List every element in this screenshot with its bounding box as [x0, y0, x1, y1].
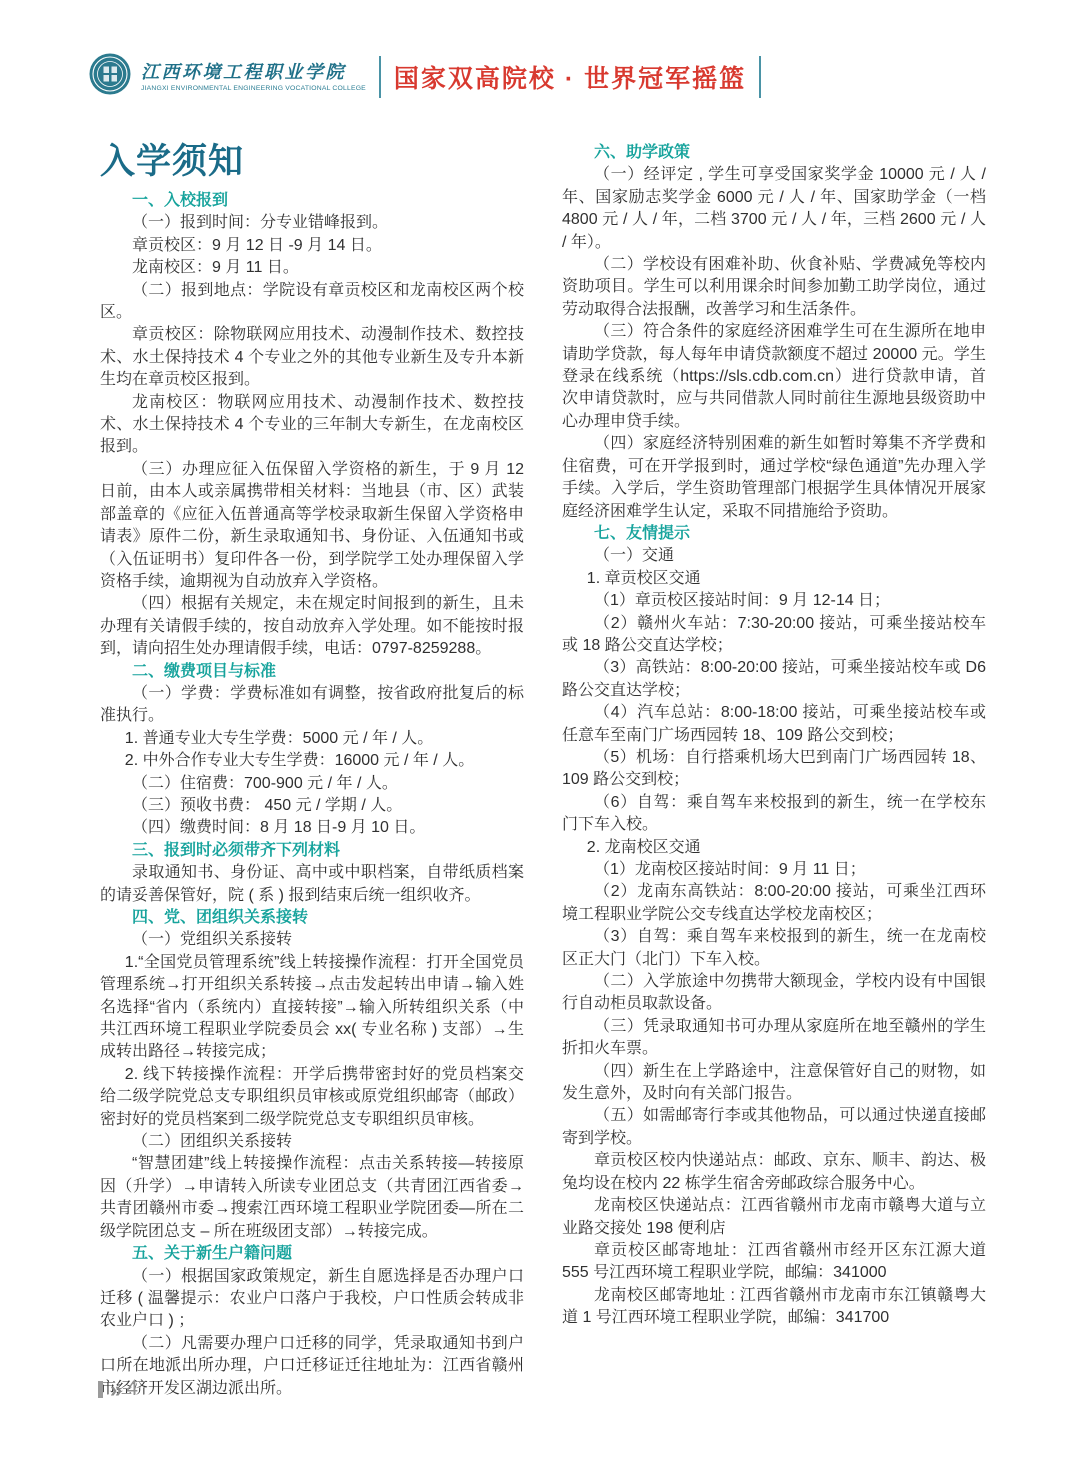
- header-divider-left: [379, 56, 381, 98]
- paragraph: （一）经评定 , 学生可享受国家奖学金 10000 元 / 人 / 年、国家励志…: [562, 164, 986, 254]
- paragraph: 章贡校区校内快递站点：邮政、京东、顺丰、韵达、极兔均设在校内 22 栋学生宿舍旁…: [562, 1150, 986, 1195]
- paragraph: 章贡校区：9 月 12 日 -9 月 14 日。: [100, 235, 524, 257]
- paragraph: （一）报到时间：分专业错峰报到。: [100, 212, 524, 234]
- paragraph: （5）机场：自行搭乘机场大巴到南门广场西园转 18、109 路公交到校；: [562, 747, 986, 792]
- paragraph: （五）如需邮寄行李或其他物品，可以通过快递直接邮寄到学校。: [562, 1105, 986, 1150]
- paragraph: （二）凡需要办理户口迁移的同学，凭录取通知书到户口所在地派出所办理，户口迁移证迁…: [100, 1333, 524, 1400]
- paragraph: （4）汽车总站：8:00-18:00 接站，可乘坐接站校车或任意车至南门广场西园…: [562, 702, 986, 747]
- paragraph: （三）预收书费： 450 元 / 学期 / 人。: [100, 795, 524, 817]
- paragraph: （一）学费：学费标准如有调整，按省政府批复后的标准执行。: [100, 683, 524, 728]
- paragraph: （四）家庭经济特别困难的新生如暂时筹集不齐学费和住宿费，可在开学报到时，通过学校…: [562, 433, 986, 523]
- paragraph: （1）龙南校区接站时间：9 月 11 日；: [562, 859, 986, 881]
- paragraph: 龙南校区邮寄地址 : 江西省赣州市龙南市东江镇赣粤大道 1 号江西环境工程职业学…: [562, 1285, 986, 1330]
- paragraph: 2. 龙南校区交通: [562, 837, 986, 859]
- paragraph: （一）根据国家政策规定，新生自愿选择是否办理户口迁移 ( 温馨提示：农业户口落户…: [100, 1266, 524, 1333]
- paragraph: 龙南校区：9 月 11 日。: [100, 257, 524, 279]
- paragraph: （三）符合条件的家庭经济困难学生可在生源所在地申请助学贷款，每人每年申请贷款额度…: [562, 321, 986, 433]
- paragraph: 龙南校区快递站点：江西省赣州市龙南市赣粤大道与立业路交接处 198 便利店: [562, 1195, 986, 1240]
- paragraph: （二）团组织关系接转: [100, 1131, 524, 1153]
- college-name-zh: 江西环境工程职业学院: [141, 62, 366, 82]
- paragraph: （二）住宿费：700-900 元 / 年 / 人。: [100, 773, 524, 795]
- paragraph: （四）缴费时间：8 月 18 日-9 月 10 日。: [100, 817, 524, 839]
- paragraph: 录取通知书、身份证、高中或中职档案，自带纸质档案的请妥善保管好，院 ( 系 ) …: [100, 862, 524, 907]
- section-heading: 二、缴费项目与标准: [100, 661, 524, 683]
- college-name-block: 江西环境工程职业学院 JIANGXI ENVIRONMENTAL ENGINEE…: [141, 62, 366, 92]
- paragraph: 2. 线下转接操作流程：开学后携带密封好的党员档案交给二级学院党总支专职组织员审…: [100, 1064, 524, 1131]
- section-heading: 五、关于新生户籍问题: [100, 1243, 524, 1265]
- header-slogan: 国家双高院校 · 世界冠军摇篮: [394, 59, 746, 95]
- paragraph: 章贡校区邮寄地址：江西省赣州市经开区东江源大道 555 号江西环境工程职业学院，…: [562, 1240, 986, 1285]
- college-name-en: JIANGXI ENVIRONMENTAL ENGINEERING VOCATI…: [141, 85, 366, 92]
- paragraph: （四）根据有关规定，未在规定时间报到的新生，且未办理有关请假手续的，按自动放弃入…: [100, 593, 524, 660]
- right-column: 六、助学政策（一）经评定 , 学生可享受国家奖学金 10000 元 / 人 / …: [562, 142, 986, 1330]
- header-divider-right: [759, 56, 761, 98]
- paragraph: （2）赣州火车站：7:30-20:00 接站，可乘坐接站校车或 18 路公交直达…: [562, 613, 986, 658]
- section-heading: 一、入校报到: [100, 190, 524, 212]
- footer-bar-icon: [98, 1381, 103, 1398]
- page-number: 4: [126, 1377, 138, 1401]
- paragraph: 龙南校区：物联网应用技术、动漫制作技术、数控技术、水土保持技术 4 个专业的三年…: [100, 392, 524, 459]
- paragraph: 1.“全国党员管理系统”线上转接操作流程：打开全国党员管理系统→打开组织关系转接…: [100, 952, 524, 1064]
- double-chevron-icon: »: [110, 1381, 119, 1398]
- paragraph: （四）新生在上学路途中，注意保管好自己的财物，如发生意外，及时向有关部门报告。: [562, 1061, 986, 1106]
- paragraph: 1. 普通专业大专生学费：5000 元 / 年 / 人。: [100, 728, 524, 750]
- paragraph: （6）自驾：乘自驾车来校报到的新生，统一在学校东门下车入校。: [562, 792, 986, 837]
- paragraph: （三）凭录取通知书可办理从家庭所在地至赣州的学生折扣火车票。: [562, 1016, 986, 1061]
- paragraph: （二）报到地点：学院设有章贡校区和龙南校区两个校区。: [100, 280, 524, 325]
- paragraph: （3）自驾：乘自驾车来校报到的新生，统一在龙南校区正大门（北门）下车入校。: [562, 926, 986, 971]
- paragraph: 章贡校区：除物联网应用技术、动漫制作技术、数控技术、水土保持技术 4 个专业之外…: [100, 324, 524, 391]
- paragraph: （二）入学旅途中勿携带大额现金，学校内设有中国银行自动柜员取款设备。: [562, 971, 986, 1016]
- paragraph: （三）办理应征入伍保留入学资格的新生，于 9 月 12 日前，由本人或亲属携带相…: [100, 459, 524, 593]
- paragraph: （2）龙南东高铁站：8:00-20:00 接站，可乘坐江西环境工程职业学院公交专…: [562, 881, 986, 926]
- section-heading: 六、助学政策: [562, 142, 986, 164]
- paragraph: 2. 中外合作专业大专生学费：16000 元 / 年 / 人。: [100, 750, 524, 772]
- section-heading: 七、友情提示: [562, 523, 986, 545]
- paragraph: “智慧团建”线上转接操作流程：点击关系转接—转接原因（升学）→申请转入所读专业团…: [100, 1153, 524, 1243]
- page-header: 江西环境工程职业学院 JIANGXI ENVIRONMENTAL ENGINEE…: [88, 52, 774, 101]
- paragraph: （二）学校设有困难补助、伙食补贴、学费减免等校内资助项目。学生可以利用课余时间参…: [562, 254, 986, 321]
- left-column: 一、入校报到（一）报到时间：分专业错峰报到。章贡校区：9 月 12 日 -9 月…: [100, 190, 524, 1400]
- college-emblem-icon: [88, 52, 132, 101]
- paragraph: 1. 章贡校区交通: [562, 568, 986, 590]
- section-heading: 四、党、团组织关系接转: [100, 907, 524, 929]
- notice-page: 江西环境工程职业学院 JIANGXI ENVIRONMENTAL ENGINEE…: [0, 0, 1080, 1465]
- paragraph: （3）高铁站：8:00-20:00 接站，可乘坐接站校车或 D6 路公交直达学校…: [562, 657, 986, 702]
- paragraph: （一）交通: [562, 545, 986, 567]
- page-footer: » 4: [98, 1377, 138, 1401]
- page-title: 入学须知: [100, 134, 244, 184]
- section-heading: 三、报到时必须带齐下列材料: [100, 840, 524, 862]
- paragraph: （一）党组织关系接转: [100, 929, 524, 951]
- paragraph: （1）章贡校区接站时间：9 月 12-14 日；: [562, 590, 986, 612]
